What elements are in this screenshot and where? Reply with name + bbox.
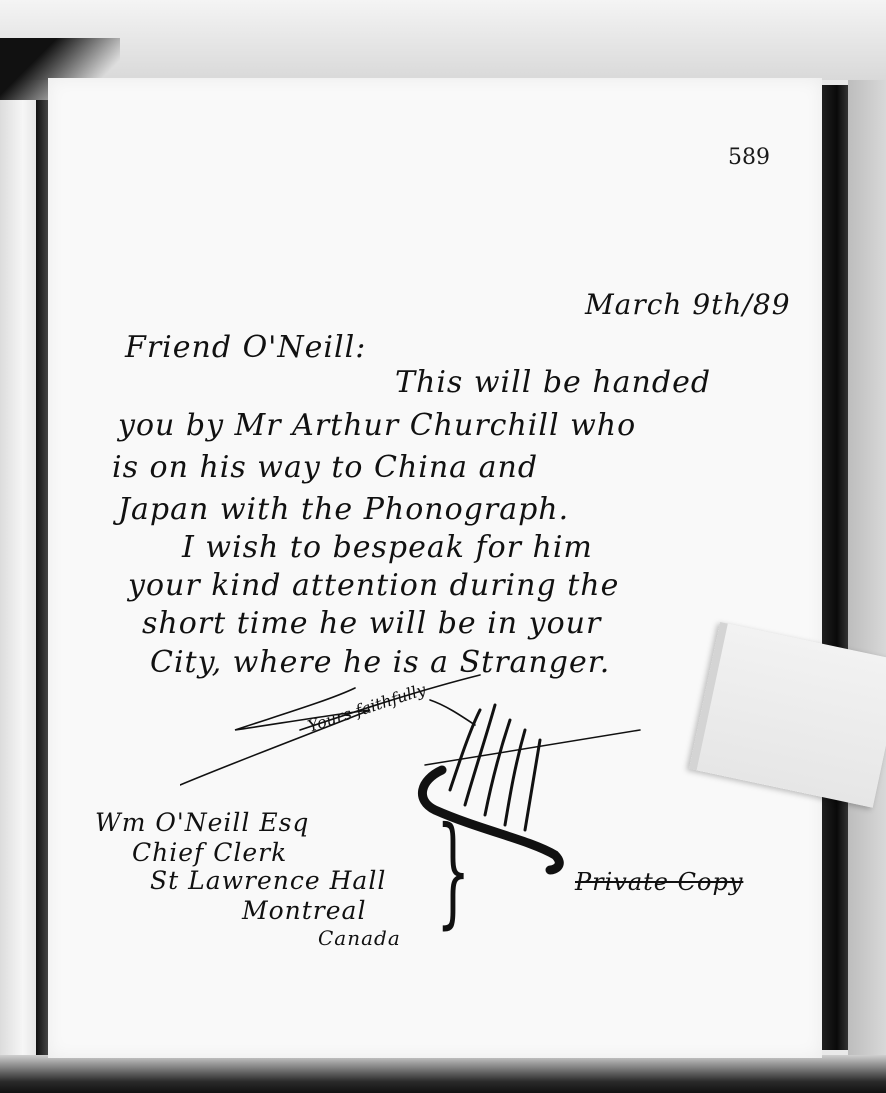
body-line: is on his way to China and (112, 450, 538, 485)
body-line: short time he will be in your (142, 606, 601, 641)
body-line: This will be handed (395, 365, 711, 400)
closing-flourish (180, 675, 480, 785)
addressee-title: Chief Clerk (132, 838, 287, 867)
address-brace: } (436, 812, 470, 932)
background-right (848, 80, 886, 1055)
addressee-name: Wm O'Neill Esq (95, 808, 309, 837)
background-bottom (0, 1055, 886, 1093)
addressee-country: Canada (318, 926, 401, 950)
addressee-city: Montreal (242, 896, 366, 925)
addressee-address: St Lawrence Hall (150, 866, 386, 895)
body-line: you by Mr Arthur Churchill who (118, 408, 636, 443)
body-line: Japan with the Phonograph. (118, 492, 569, 527)
salutation: Friend O'Neill: (125, 330, 366, 365)
letter-date: March 9th/89 (585, 288, 791, 321)
page-number: 589 (728, 145, 770, 170)
private-copy-annotation: Private Copy (575, 868, 743, 896)
book-spine-left (36, 100, 48, 1055)
left-page-stack (0, 100, 40, 1055)
book-cover-right (820, 85, 848, 1050)
body-line: I wish to bespeak for him (182, 530, 593, 565)
closing-text: Yours faithfully (305, 679, 429, 735)
background-top (0, 0, 886, 80)
body-line: your kind attention during the (128, 568, 619, 603)
